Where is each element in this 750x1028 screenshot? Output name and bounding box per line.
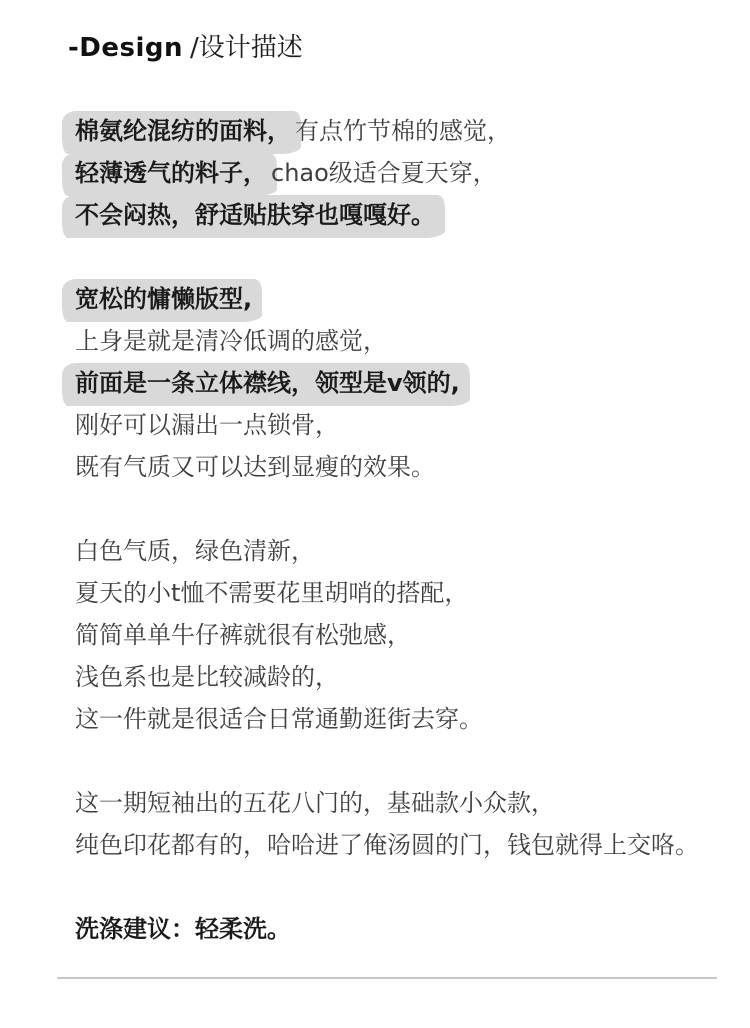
text-line: 白色气质，绿色清新，	[75, 530, 750, 572]
text-segment: 有点竹节棉的感觉，	[295, 117, 511, 145]
text-line: 夏天的小t恤不需要花里胡哨的搭配，	[75, 572, 750, 614]
text-segment: 上身是就是清冷低调的感觉，	[75, 327, 387, 355]
text-line: 刚好可以漏出一点锁骨，	[75, 404, 750, 446]
text-line: 洗涤建议：轻柔洗。	[75, 908, 750, 950]
highlighted-text: 棉氨纶混纺的面料，	[63, 111, 299, 152]
highlighted-text: 前面是一条立体襟线，领型是v领的,	[63, 363, 468, 404]
text-line: 棉氨纶混纺的面料，有点竹节棉的感觉，	[75, 110, 750, 152]
text-line: 宽松的慵懒版型,	[75, 278, 750, 320]
text-segment: 简简单单牛仔裤就很有松弛感，	[75, 621, 411, 649]
highlighted-text: 宽松的慵懒版型,	[63, 279, 260, 320]
text-line: 这一件就是很适合日常通勤逛街去穿。	[75, 698, 750, 740]
text-segment: 刚好可以漏出一点锁骨，	[75, 411, 339, 439]
page-title: -Design/设计描述	[68, 28, 750, 68]
text-segment: 白色气质，绿色清新，	[75, 537, 315, 565]
text-segment: chao级适合夏天穿，	[271, 159, 497, 187]
paragraph: 棉氨纶混纺的面料，有点竹节棉的感觉，轻薄透气的料子，chao级适合夏天穿，不会闷…	[75, 110, 750, 236]
divider	[57, 977, 717, 979]
paragraph: 洗涤建议：轻柔洗。	[75, 908, 750, 950]
description-body: 棉氨纶混纺的面料，有点竹节棉的感觉，轻薄透气的料子，chao级适合夏天穿，不会闷…	[75, 110, 750, 950]
highlighted-text: 轻薄透气的料子，	[63, 153, 275, 194]
text-line: 简简单单牛仔裤就很有松弛感，	[75, 614, 750, 656]
text-line: 浅色系也是比较减龄的，	[75, 656, 750, 698]
paragraph: 这一期短袖出的五花八门的，基础款小众款，纯色印花都有的，哈哈进了俺汤圆的门，钱包…	[75, 782, 750, 866]
text-segment: 浅色系也是比较减龄的，	[75, 663, 339, 691]
text-segment: 既有气质又可以达到显瘦的效果。	[75, 453, 435, 481]
text-segment: 这一件就是很适合日常通勤逛街去穿。	[75, 705, 483, 733]
highlighted-text: 不会闷热，舒适贴肤穿也嘎嘎好。	[63, 195, 443, 236]
text-line: 这一期短袖出的五花八门的，基础款小众款，	[75, 782, 750, 824]
text-segment: 夏天的小t恤不需要花里胡哨的搭配，	[75, 579, 468, 607]
text-line: 既有气质又可以达到显瘦的效果。	[75, 446, 750, 488]
text-line: 纯色印花都有的，哈哈进了俺汤圆的门，钱包就得上交咯。	[75, 824, 750, 866]
text-line: 上身是就是清冷低调的感觉，	[75, 320, 750, 362]
text-line: 轻薄透气的料子，chao级适合夏天穿，	[75, 152, 750, 194]
text-segment: 这一期短袖出的五花八门的，基础款小众款，	[75, 789, 555, 817]
paragraph: 宽松的慵懒版型,上身是就是清冷低调的感觉，前面是一条立体襟线，领型是v领的,刚好…	[75, 278, 750, 488]
text-line: 前面是一条立体襟线，领型是v领的,	[75, 362, 750, 404]
design-description-page: -Design/设计描述 棉氨纶混纺的面料，有点竹节棉的感觉，轻薄透气的料子，c…	[0, 0, 750, 1028]
title-suffix: /设计描述	[190, 33, 303, 63]
text-segment: 洗涤建议：轻柔洗。	[75, 915, 291, 943]
text-segment: 纯色印花都有的，哈哈进了俺汤圆的门，钱包就得上交咯。	[75, 831, 699, 859]
text-line: 不会闷热，舒适贴肤穿也嘎嘎好。	[75, 194, 750, 236]
title-brand: -Design	[68, 33, 183, 63]
paragraph: 白色气质，绿色清新，夏天的小t恤不需要花里胡哨的搭配，简简单单牛仔裤就很有松弛感…	[75, 530, 750, 740]
